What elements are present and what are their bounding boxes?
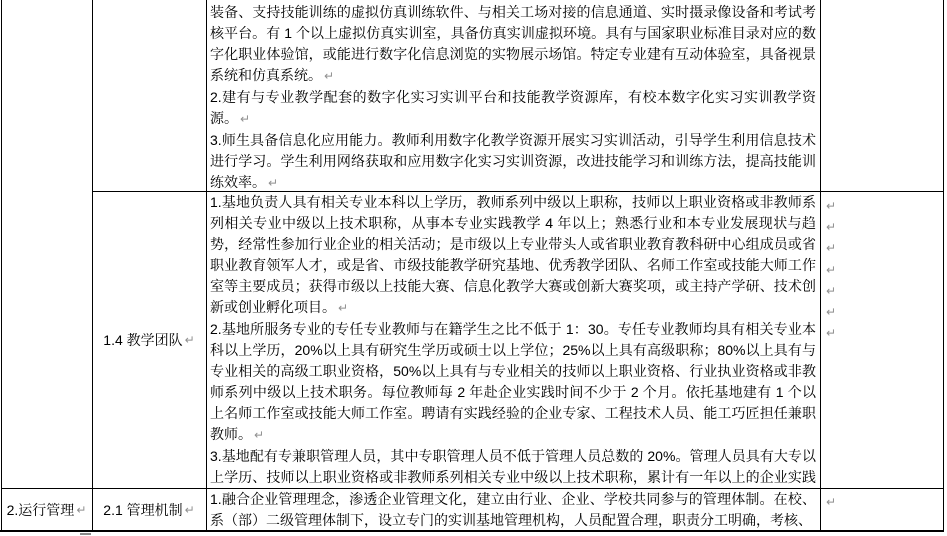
paragraph-mark-icon: ↵ [826, 281, 936, 302]
paragraph-mark-icon: ↵ [76, 503, 86, 517]
paragraph[interactable]: 1.融合企业管理理念，渗透企业管理文化，建立由行业、企业、学校共同参与的管理体制… [210, 489, 816, 530]
cell-row2-empty-paragraph-marks[interactable]: ↵ ↵ ↵ ↵ ↵ ↵ ↵ [826, 196, 936, 486]
paragraph-mark-icon: ↵ [185, 333, 195, 347]
cell-row1-criteria-text[interactable]: 装备、支持技能训练的虚拟仿真训练软件、与相关工场对接的信息通道、实时摄录像设备和… [210, 2, 816, 190]
paragraph-mark-icon: ↵ [826, 238, 936, 259]
table-gridline-tick [80, 533, 91, 535]
table-border-left [1, 0, 2, 531]
cell-section-2-label[interactable]: 2.运行管理↵ [2, 489, 91, 530]
cell-indicator-1-4-label[interactable]: 1.4 教学团队↵ [93, 192, 205, 487]
paragraph[interactable]: 1.基地负责人具有相关专业本科以上学历，教师系列中级以上职称，技师以上职业资格或… [210, 192, 816, 319]
paragraph-mark-icon: ↵ [338, 301, 348, 315]
indicator-label: 1.4 教学团队 [103, 330, 182, 350]
paragraph-mark-icon: ↵ [185, 503, 195, 517]
indicator-label: 2.1 管理机制 [103, 500, 182, 520]
table-border-col2-col3 [206, 0, 207, 531]
table-border-right [943, 0, 944, 531]
paragraph-mark-icon: ↵ [240, 112, 250, 126]
paragraph-mark-icon: ↵ [254, 428, 264, 442]
paragraph-mark-icon: ↵ [826, 260, 936, 281]
paragraph-mark-icon: ↵ [826, 196, 936, 217]
paragraph-mark-icon: ↵ [268, 176, 278, 190]
cell-indicator-2-1-label[interactable]: 2.1 管理机制↵ [93, 489, 205, 530]
paragraph-mark-icon: ↵ [826, 217, 936, 238]
paragraph-mark-icon: ↵ [826, 302, 936, 323]
table-border-bottom [0, 530, 944, 532]
paragraph[interactable]: 3.师生具备信息化应用能力。教师利用数字化教学资源开展实习实训活动，引导学生利用… [210, 130, 816, 190]
cell-row3-empty-paragraph-marks[interactable]: ↵ [826, 492, 936, 530]
cell-row2-criteria-text[interactable]: 1.基地负责人具有相关专业本科以上学历，教师系列中级以上职称，技师以上职业资格或… [210, 192, 816, 487]
paragraph[interactable]: 2.建有与专业教学配套的数字化实习实训平台和技能教学资源库，有校本数字化实习实训… [210, 87, 816, 130]
paragraph-mark-icon: ↵ [324, 69, 334, 83]
paragraph[interactable]: 2.基地所服务专业的专任专业教师与在籍学生之比不低于 1：30。专任专业教师均具… [210, 319, 816, 446]
section-label: 2.运行管理 [7, 500, 75, 520]
paragraph[interactable]: 装备、支持技能训练的虚拟仿真训练软件、与相关工场对接的信息通道、实时摄录像设备和… [210, 2, 816, 87]
table-border-col3-col4 [820, 0, 821, 531]
document-canvas[interactable]: 装备、支持技能训练的虚拟仿真训练软件、与相关工场对接的信息通道、实时摄录像设备和… [0, 0, 947, 536]
paragraph[interactable]: 3.基地配有专兼职管理人员，其中专职管理人员不低于管理人员总数的 20%。管理人… [210, 446, 816, 487]
paragraph-mark-icon: ↵ [826, 323, 936, 344]
cell-row3-criteria-text[interactable]: 1.融合企业管理理念，渗透企业管理文化，建立由行业、企业、学校共同参与的管理体制… [210, 489, 816, 530]
paragraph-mark-icon: ↵ [826, 492, 936, 513]
